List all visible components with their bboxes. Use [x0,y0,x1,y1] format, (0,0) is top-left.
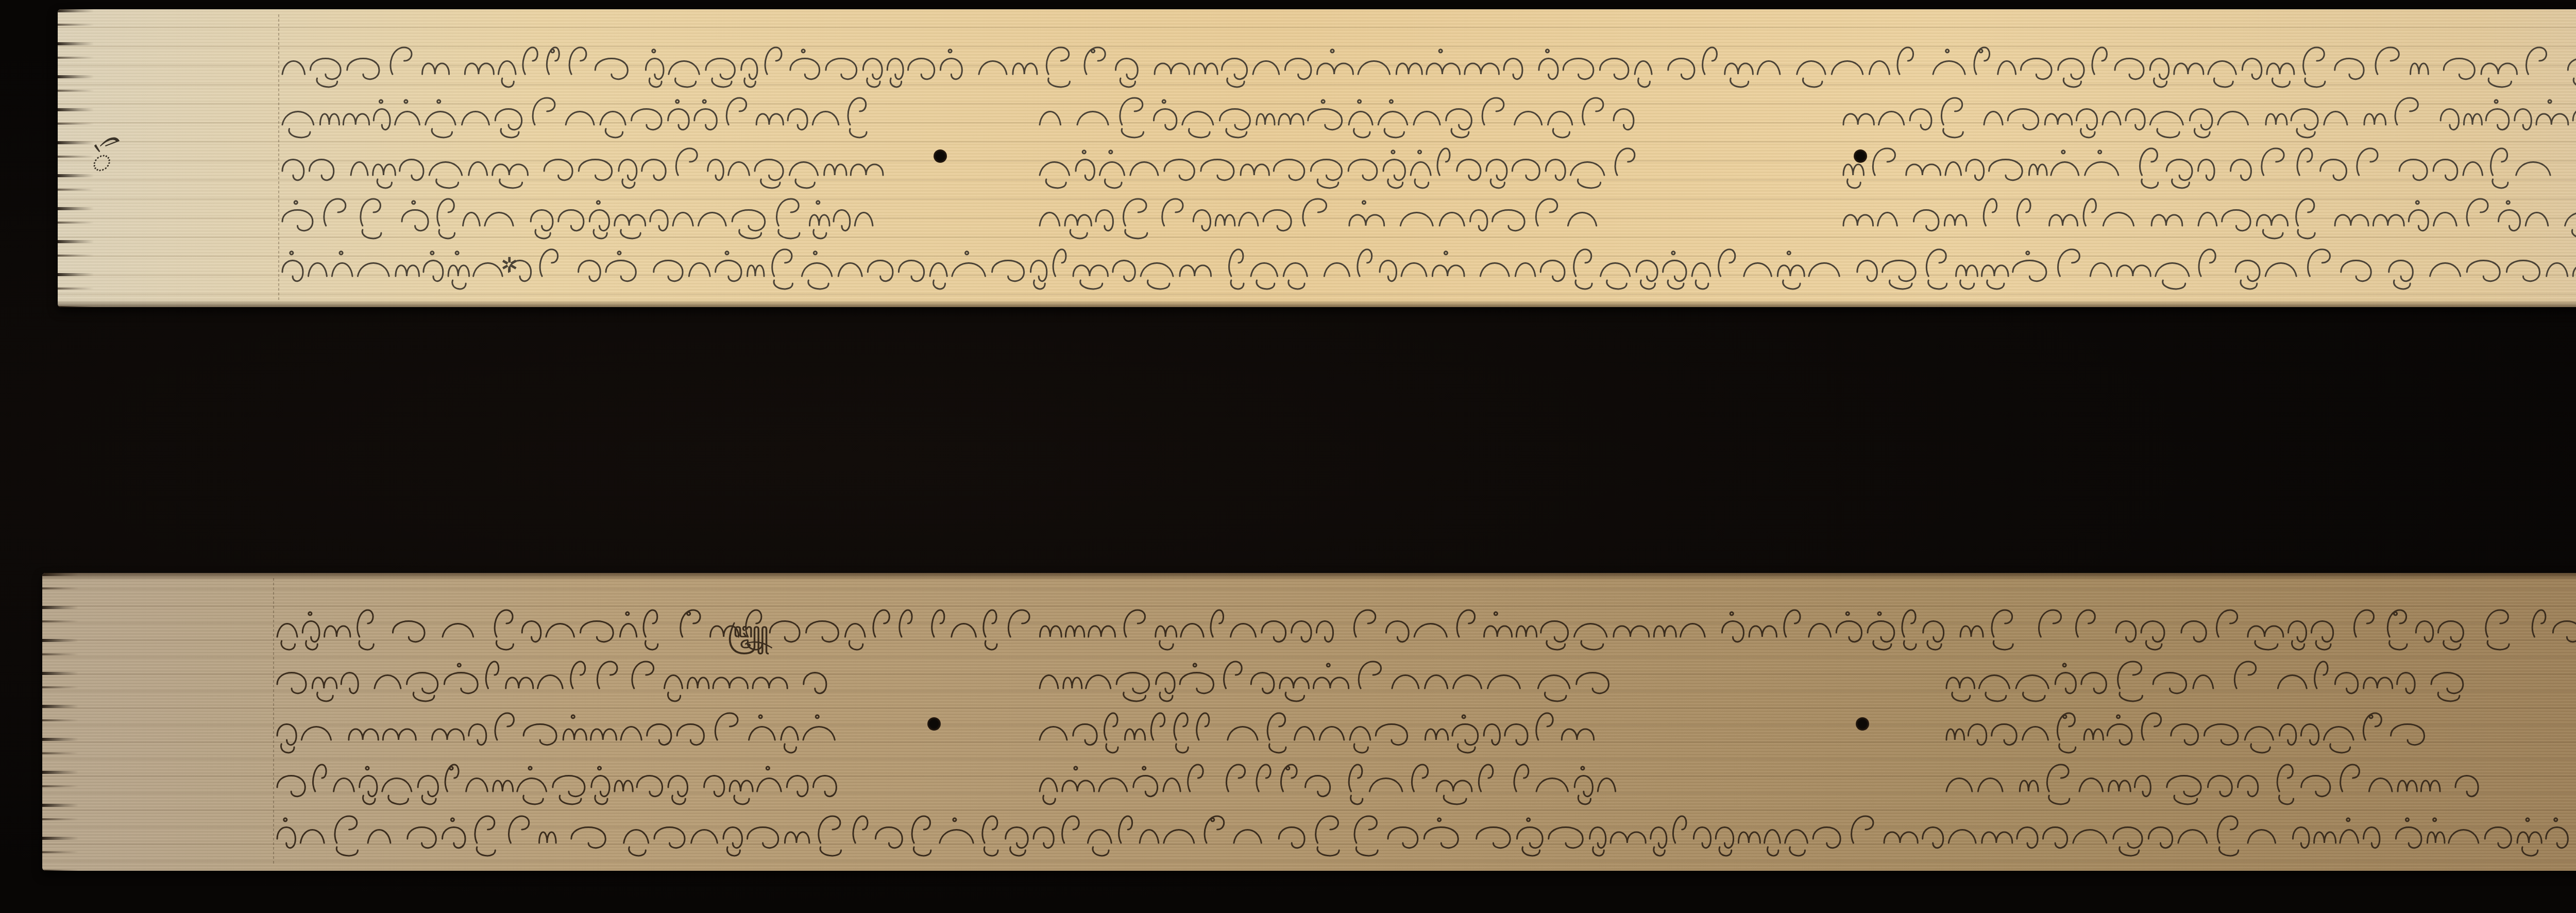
script-line-4 [58,193,2576,242]
script-segment [279,142,872,192]
script-segment [1943,758,2489,808]
ornament-mark: ꧅ [727,614,768,656]
script-segment [1037,758,1624,808]
script-segment [1840,142,2562,192]
script-segment [1943,655,2489,705]
script-segment [1840,92,2576,141]
palm-leaf-top: ᭂ ✲ [58,9,2576,307]
palm-leaf-bottom: ꧅ [42,573,2576,871]
script-segment [274,810,2576,859]
script-line-4 [42,758,2576,808]
script-line-1 [58,41,2576,91]
script-line-5 [42,810,2576,859]
script-segment [279,41,2576,91]
script-segment [274,655,856,705]
script-line-3 [42,707,2576,756]
script-line-3 [58,142,2576,192]
script-segment [1037,655,1619,705]
script-segment [274,604,2576,653]
script-segment [1840,193,2576,242]
script-line-5: ✲ [58,243,2576,293]
script-segment [1037,142,1655,192]
script-segment [274,758,841,808]
script-segment [1037,707,1619,756]
script-segment [279,243,2576,293]
script-line-2 [58,92,2576,141]
script-segment [1943,707,2417,756]
script-segment [274,707,841,756]
darkened-lower-edge [58,300,2576,307]
script-segment [279,193,897,242]
script-line-2 [42,655,2576,705]
script-line-1: ꧅ [42,604,2576,653]
script-segment [1037,92,1655,141]
script-segment [279,92,877,141]
script-segment [1037,193,1614,242]
darkened-upper-edge [42,573,2576,580]
ornament-mark: ✲ [501,253,518,277]
